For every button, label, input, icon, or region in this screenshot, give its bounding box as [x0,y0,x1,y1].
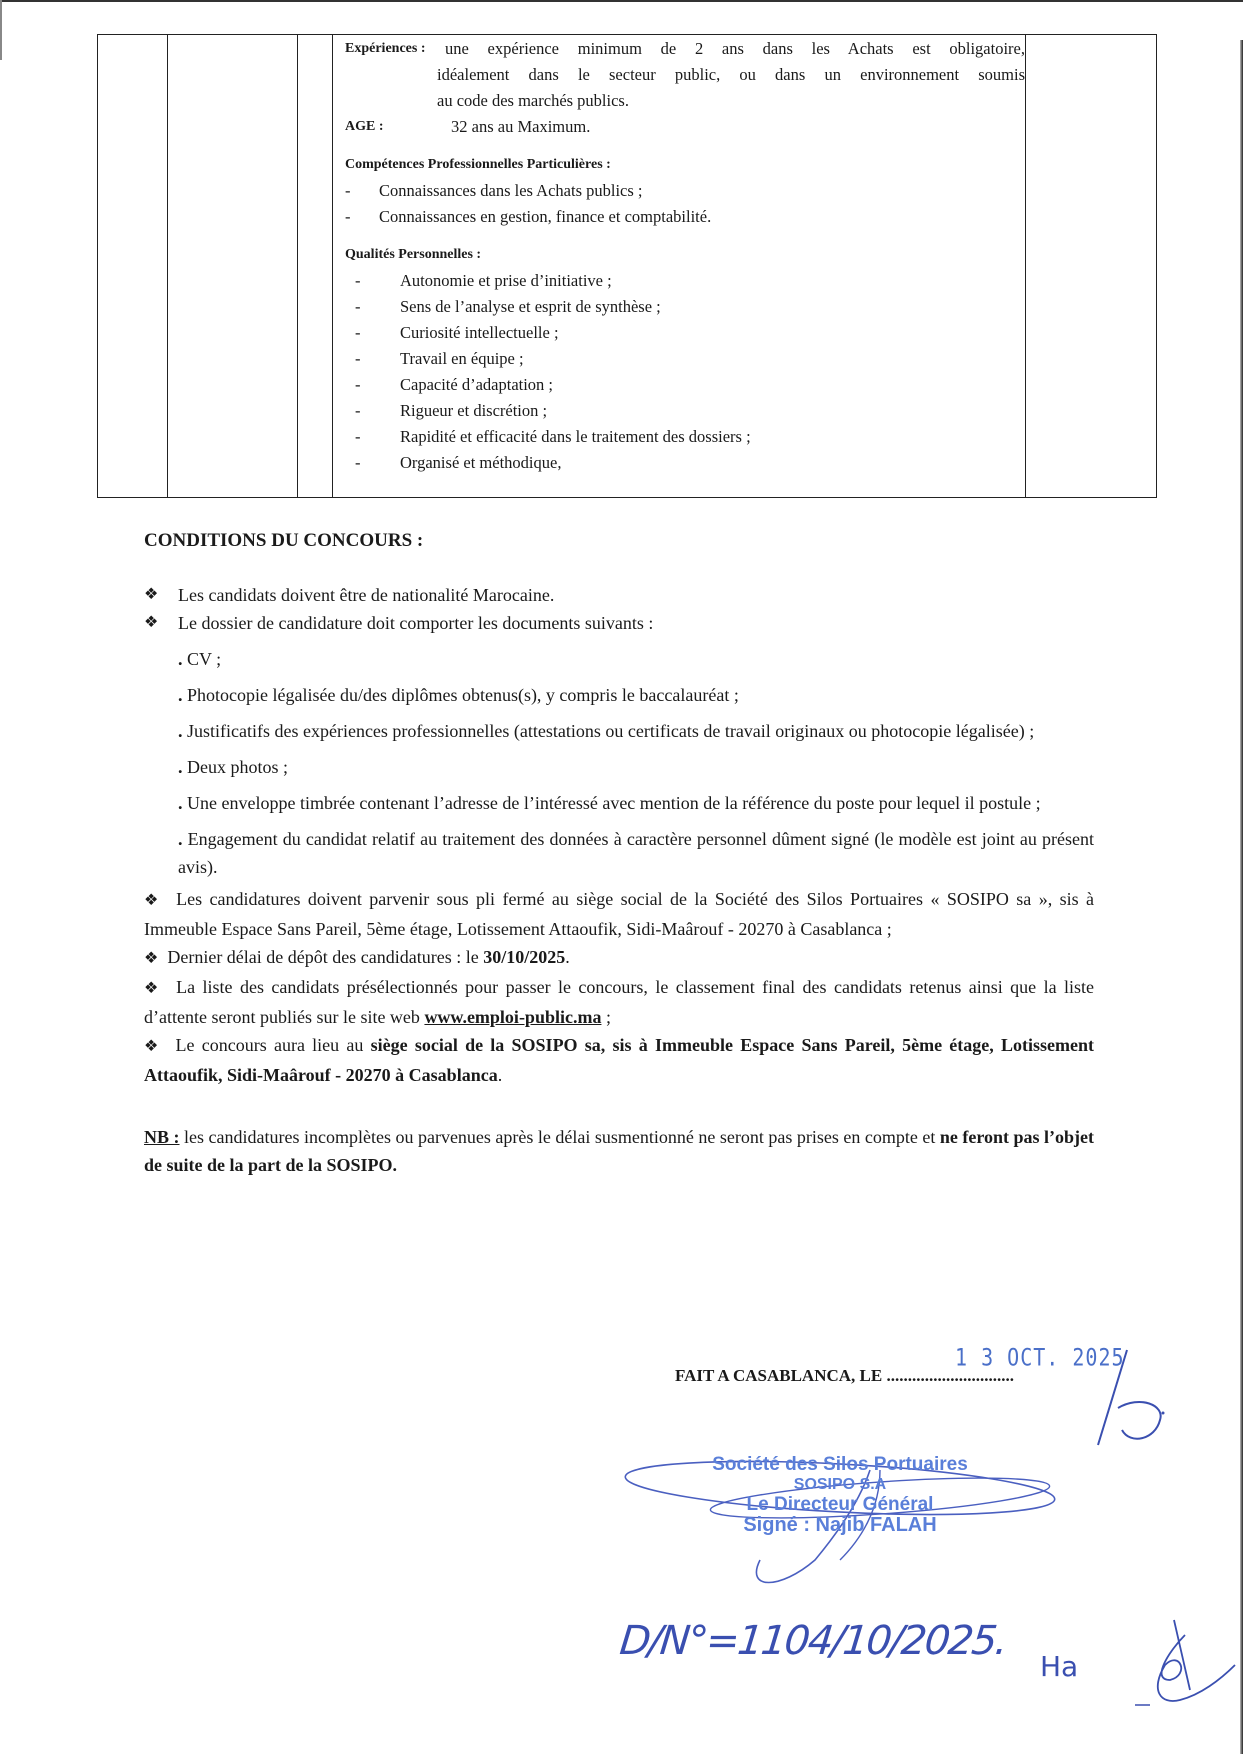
handwritten-initials: Ha [1040,1650,1078,1683]
company-stamp: Société des Silos Portuaires SOSIPO S.A … [680,1455,1000,1535]
handwritten-signatures [0,0,1243,1754]
handwritten-reference: D/N°=1104/10/2025. [618,1618,1009,1664]
